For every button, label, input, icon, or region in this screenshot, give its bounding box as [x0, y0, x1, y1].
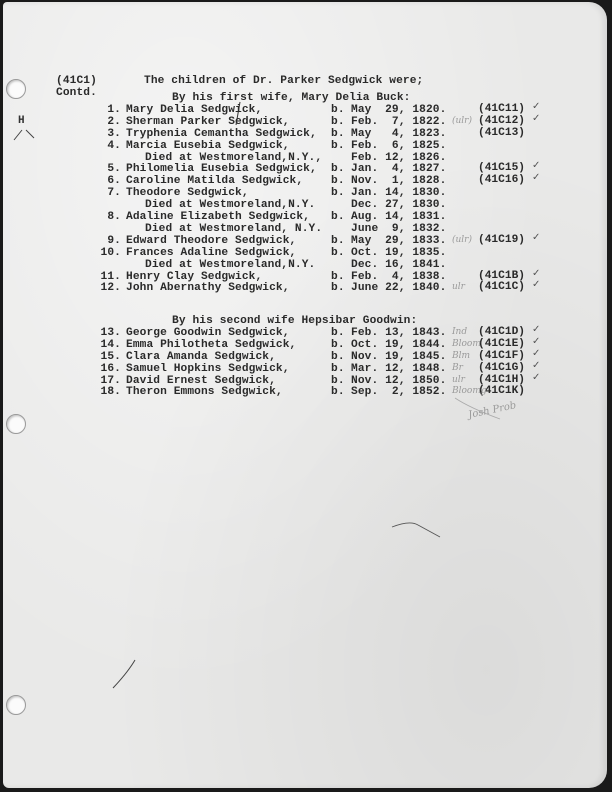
- birth-date: Aug. 14, 1831.: [351, 211, 446, 223]
- child-name: Emma Philotheta Sedgwick,: [126, 339, 296, 351]
- birth-date: Nov. 12, 1850.: [351, 375, 446, 387]
- check-mark-icon: ✓: [532, 372, 540, 383]
- death-note: Died at Westmoreland,N.Y.: [145, 259, 315, 271]
- birth-date: Jan. 4, 1827.: [351, 163, 446, 175]
- child-name: David Ernest Sedgwick,: [126, 375, 276, 387]
- check-mark-icon: ✓: [532, 172, 540, 183]
- reference-code: (41C1B): [478, 270, 525, 282]
- birth-date: Nov. 1, 1828.: [351, 175, 446, 187]
- section-heading: By his second wife Hepsibar Goodwin:: [172, 315, 417, 327]
- pen-annotation: Br: [452, 363, 463, 373]
- reference-code: (41C16): [478, 174, 525, 186]
- pen-annotation: Bloom: [452, 339, 481, 349]
- row-number: 10.: [101, 247, 121, 259]
- born-label: b.: [331, 327, 345, 339]
- pen-annotation: ulr: [452, 282, 465, 292]
- check-mark-icon: ✓: [532, 160, 540, 171]
- row-number: 7.: [107, 187, 121, 199]
- pen-annotation: Bloomg: [452, 386, 487, 396]
- child-name: Philomelia Eusebia Sedgwick,: [126, 163, 317, 175]
- pen-annotation: Blm: [452, 351, 470, 361]
- born-label: b.: [331, 140, 345, 152]
- row-number: 6.: [107, 175, 121, 187]
- birth-date: May 29, 1833.: [351, 235, 446, 247]
- born-label: b.: [331, 175, 345, 187]
- birth-date: May 29, 1820.: [351, 104, 446, 116]
- born-label: b.: [331, 375, 345, 387]
- check-mark-icon: ✓: [532, 324, 540, 335]
- check-mark-icon: ✓: [532, 232, 540, 243]
- row-number: 15.: [101, 351, 121, 363]
- reference-code: (41C1E): [478, 338, 525, 350]
- child-name: John Abernathy Sedgwick,: [126, 282, 290, 294]
- death-date: Dec. 27, 1830.: [351, 199, 446, 211]
- check-mark-icon: ✓: [532, 101, 540, 112]
- birth-date: Jan. 14, 1830.: [351, 187, 446, 199]
- reference-code: (41C1C): [478, 281, 525, 293]
- death-note: Died at Westmoreland,N.Y.: [145, 199, 315, 211]
- row-number: 17.: [101, 375, 121, 387]
- pen-annotation: ulr: [452, 375, 465, 385]
- child-name: Adaline Elizabeth Sedgwick,: [126, 211, 310, 223]
- child-name: Henry Clay Sedgwick,: [126, 271, 262, 283]
- birth-date: Feb. 13, 1843.: [351, 327, 446, 339]
- check-mark-icon: ✓: [532, 348, 540, 359]
- born-label: b.: [331, 116, 345, 128]
- birth-date: June 22, 1840.: [351, 282, 446, 294]
- child-name: Samuel Hopkins Sedgwick,: [126, 363, 290, 375]
- child-name: Marcia Eusebia Sedgwick,: [126, 140, 290, 152]
- reference-code: (41C1H): [478, 374, 525, 386]
- check-mark-icon: ✓: [532, 336, 540, 347]
- page-title: The children of Dr. Parker Sedgwick were…: [144, 75, 423, 87]
- row-number: 3.: [107, 128, 121, 140]
- born-label: b.: [331, 282, 345, 294]
- death-date: June 9, 1832.: [351, 223, 446, 235]
- child-name: Theodore Sedgwick,: [126, 187, 249, 199]
- section-heading: By his first wife, Mary Delia Buck:: [172, 92, 410, 104]
- born-label: b.: [331, 235, 345, 247]
- child-name: George Goodwin Sedgwick,: [126, 327, 290, 339]
- pen-annotation: (ulr): [452, 116, 472, 126]
- row-number: 13.: [101, 327, 121, 339]
- reference-code: (41C15): [478, 162, 525, 174]
- pen-annotation: (ulr): [452, 235, 472, 245]
- row-number: 8.: [107, 211, 121, 223]
- row-number: 14.: [101, 339, 121, 351]
- birth-date: Feb. 7, 1822.: [351, 116, 446, 128]
- born-label: b.: [331, 104, 345, 116]
- check-mark-icon: ✓: [532, 113, 540, 124]
- pen-annotation: Ind: [452, 327, 467, 337]
- reference-code: (41C19): [478, 234, 525, 246]
- born-label: b.: [331, 271, 345, 283]
- death-note: Died at Westmoreland,N.Y.,: [145, 152, 322, 164]
- birth-date: Oct. 19, 1835.: [351, 247, 446, 259]
- birth-date: Feb. 4, 1838.: [351, 271, 446, 283]
- child-name: Caroline Matilda Sedgwick,: [126, 175, 303, 187]
- birth-date: Mar. 12, 1848.: [351, 363, 446, 375]
- born-label: b.: [331, 386, 345, 398]
- row-number: 1.: [107, 104, 121, 116]
- reference-code: (41C12): [478, 115, 525, 127]
- born-label: b.: [331, 163, 345, 175]
- child-name: Edward Theodore Sedgwick,: [126, 235, 296, 247]
- death-note: Died at Westmoreland, N.Y.: [145, 223, 322, 235]
- born-label: b.: [331, 211, 345, 223]
- reference-code: (41C11): [478, 103, 525, 115]
- row-number: 12.: [101, 282, 121, 294]
- child-name: Clara Amanda Sedgwick,: [126, 351, 276, 363]
- child-name: Sherman Parker Sedgwick,: [126, 116, 290, 128]
- born-label: b.: [331, 351, 345, 363]
- born-label: b.: [331, 247, 345, 259]
- row-number: 2.: [107, 116, 121, 128]
- reference-code: (41C1F): [478, 350, 525, 362]
- row-number: 18.: [101, 386, 121, 398]
- born-label: b.: [331, 187, 345, 199]
- born-label: b.: [331, 363, 345, 375]
- birth-date: Feb. 6, 1825.: [351, 140, 446, 152]
- row-number: 11.: [101, 271, 121, 283]
- child-name: Frances Adaline Sedgwick,: [126, 247, 296, 259]
- birth-date: Oct. 19, 1844.: [351, 339, 446, 351]
- check-mark-icon: ✓: [532, 268, 540, 279]
- child-name: Tryphenia Cemantha Sedgwick,: [126, 128, 317, 140]
- check-mark-icon: ✓: [532, 360, 540, 371]
- birth-date: Sep. 2, 1852.: [351, 386, 446, 398]
- reference-code: (41C1D): [478, 326, 525, 338]
- header-ref: (41C1): [56, 75, 97, 87]
- check-mark-icon: ✓: [532, 279, 540, 290]
- reference-code: (41C13): [478, 127, 525, 139]
- born-label: b.: [331, 339, 345, 351]
- birth-date: Nov. 19, 1845.: [351, 351, 446, 363]
- header-contd: Contd.: [56, 87, 97, 99]
- death-date: Dec. 16, 1841.: [351, 259, 446, 271]
- row-number: 4.: [107, 140, 121, 152]
- reference-code: (41C1G): [478, 362, 525, 374]
- row-number: 9.: [107, 235, 121, 247]
- birth-date: May 4, 1823.: [351, 128, 446, 140]
- child-name: Theron Emmons Sedgwick,: [126, 386, 283, 398]
- row-number: 5.: [107, 163, 121, 175]
- death-date: Feb. 12, 1826.: [351, 152, 446, 164]
- child-name: Mary Delia Sedgwick,: [126, 104, 262, 116]
- born-label: b.: [331, 128, 345, 140]
- row-number: 16.: [101, 363, 121, 375]
